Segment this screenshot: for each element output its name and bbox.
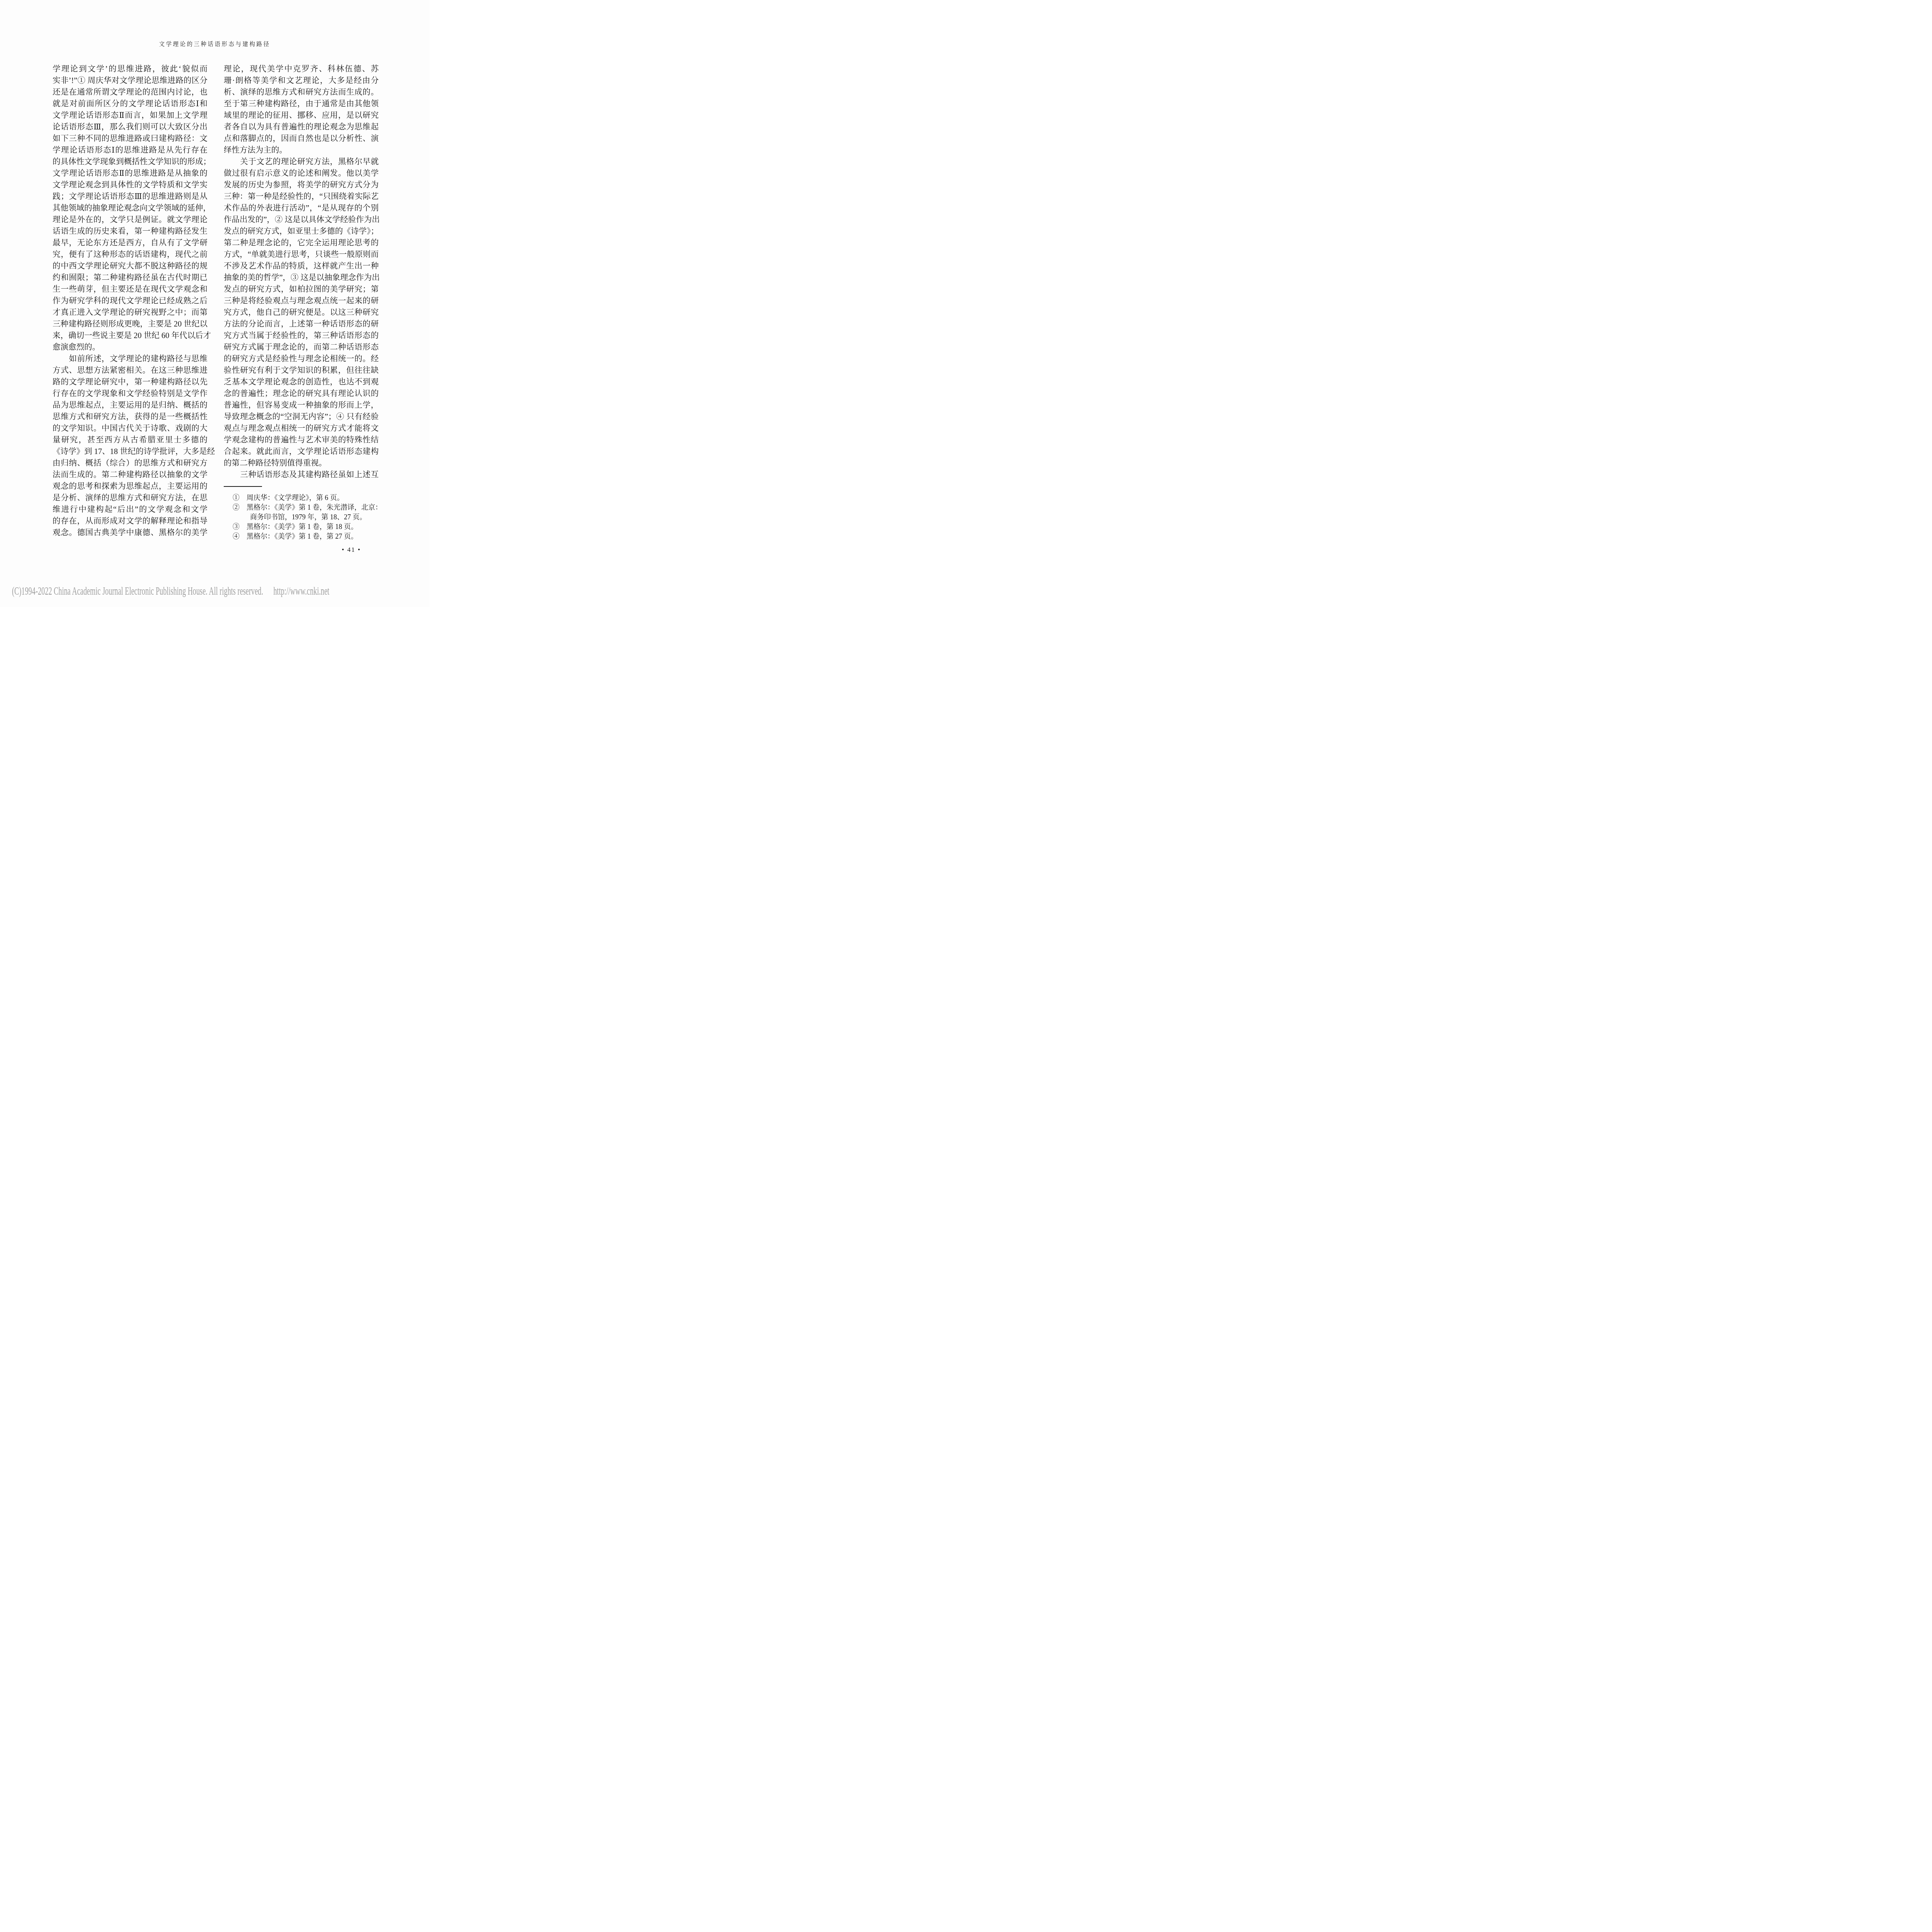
text-line: 关于文艺的理论研究方法，黑格尔早就 <box>224 156 379 168</box>
text-line: 发展的历史为参照，将美学的研究方式分为 <box>224 179 379 191</box>
footnote-line: ② 黑格尔：《美学》第 1 卷，朱光潜译，北京： <box>224 503 379 512</box>
text-line: 三种：第一种是经验性的，“只围绕着实际艺 <box>224 191 379 202</box>
footnote-line: 商务印书馆，1979 年，第 18、27 页。 <box>224 512 379 522</box>
text-line: 行存在的文学现象和文学经验特别是文学作 <box>53 388 207 400</box>
text-line: 方式，“单就美进行思考，只谈些一般原则而 <box>224 249 379 260</box>
text-line: 做过很有启示意义的论述和阐发。他以美学 <box>224 168 379 179</box>
text-line: 验性研究有利于文学知识的积累，但往往缺 <box>224 365 379 376</box>
text-line: 三种建构路径则形成更晚，主要是 20 世纪以 <box>53 318 207 330</box>
text-line: 还是在通常所谓文学理论的范围内讨论，也 <box>53 87 207 98</box>
text-line: 思维方式和研究方法，获得的是一些概括性 <box>53 411 207 423</box>
text-line: 点和落脚点的，因而自然也是以分析性、演 <box>224 133 379 145</box>
text-line: 绎性方法为主的。 <box>224 145 379 156</box>
text-line: 导致理念概念的“空洞无内容”；④ 只有经验 <box>224 411 379 423</box>
footer-text: (C)1994-2022 China Academic Journal Elec… <box>12 585 329 598</box>
text-line: 普遍性，但容易变成一种抽象的形而上学， <box>224 400 379 411</box>
text-line: 法而生成的。第二种建构路径以抽象的文学 <box>53 469 207 481</box>
text-line: 的存在，从而形成对文学的解释理论和指导 <box>53 515 207 527</box>
text-line: 域里的理论的征用、挪移、应用，是以研究 <box>224 110 379 121</box>
text-line: 话语生成的历史来看，第一种建构路径发生 <box>53 226 207 237</box>
text-line: 珊·朗格等美学和文艺理论，大多是经由分 <box>224 75 379 87</box>
text-line: 究方式当属于经验性的，第三种话语形态的 <box>224 330 379 342</box>
text-line: 路的文学理论研究中，第一种建构路径以先 <box>53 376 207 388</box>
text-line: 文学理论话语形态Ⅱ而言，如果加上文学理 <box>53 110 207 121</box>
footnote-line: ③ 黑格尔：《美学》第 1 卷，第 18 页。 <box>224 522 379 532</box>
text-line: 来，确切一些说主要是 20 世纪 60 年代以后才 <box>53 330 207 342</box>
text-line: 维进行中建构起“后出”的文学观念和文学 <box>53 504 207 515</box>
text-line: 念的普遍性；理念论的研究具有理论认识的 <box>224 388 379 400</box>
text-line: 发点的研究方式，如亚里士多德的《诗学》； <box>224 226 379 237</box>
text-line: 由归纳、概括（综合）的思维方式和研究方 <box>53 457 207 469</box>
footer-url[interactable]: http://www.cnki.net <box>273 585 329 598</box>
page-number: • 41 • <box>224 546 379 554</box>
text-line: 方法的分论而言，上述第一种话语形态的研 <box>224 318 379 330</box>
text-line: 至于第三种建构路径，由于通常是由其他领 <box>224 98 379 110</box>
footnote-line: ④ 黑格尔：《美学》第 1 卷，第 27 页。 <box>224 532 379 541</box>
footnote-separator <box>224 486 262 487</box>
text-line: 量研究，甚至西方从古希腊亚里士多德的 <box>53 434 207 446</box>
text-line: 术作品的外表进行活动”，“是从现存的个别 <box>224 202 379 214</box>
text-line: 生一些萌芽，但主要还是在现代文学观念和 <box>53 284 207 295</box>
footer-copyright: (C)1994-2022 China Academic Journal Elec… <box>12 585 263 598</box>
text-line: 最早，无论东方还是西方，自从有了文学研 <box>53 237 207 249</box>
text-line: 抽象的美的哲学”，③ 这是以抽象理念作为出 <box>224 272 379 284</box>
text-line: 论话语形态Ⅲ，那么我们则可以大致区分出 <box>53 121 207 133</box>
text-line: 约和囿限；第二种建构路径虽在古代时期已 <box>53 272 207 284</box>
text-line: 作品出发的”，② 这是以具体文学经验作为出 <box>224 214 379 226</box>
text-line: 文学理论观念到具体性的文学特质和文学实 <box>53 179 207 191</box>
text-line: 的第二种路径特别值得重视。 <box>224 457 379 469</box>
text-line: 乏基本文学理论观念的创造性，也达不到观 <box>224 376 379 388</box>
right-column: 理论，现代美学中克罗齐、科林伍德、苏珊·朗格等美学和文艺理论，大多是经由分析、演… <box>224 63 379 554</box>
text-line: 三种是将经验观点与理念观点统一起来的研 <box>224 295 379 307</box>
text-line: 如下三种不同的思维进路或曰建构路径：文 <box>53 133 207 145</box>
text-line: 理论，现代美学中克罗齐、科林伍德、苏 <box>224 63 379 75</box>
text-line: 如前所述，文学理论的建构路径与思维 <box>53 353 207 365</box>
text-line: 学观念建构的普遍性与艺术审美的特殊性结 <box>224 434 379 446</box>
document-page: 文学理论的三种话语形态与建构路径 学理论到文学’的思维进路，彼此‘貌似而实非’!… <box>0 0 429 607</box>
right-column-text: 理论，现代美学中克罗齐、科林伍德、苏珊·朗格等美学和文艺理论，大多是经由分析、演… <box>224 63 379 481</box>
text-line: 践；文学理论话语形态Ⅲ的思维进路则是从 <box>53 191 207 202</box>
text-line: 的文学知识。中国古代关于诗歌、戏剧的大 <box>53 423 207 434</box>
footnotes: ① 周庆华：《文学理论》，第 6 页。② 黑格尔：《美学》第 1 卷，朱光潜译，… <box>224 493 379 541</box>
text-line: 观点与理念观点相统一的研究方式才能将文 <box>224 423 379 434</box>
text-line: 观念。德国古典美学中康德、黑格尔的美学 <box>53 527 207 539</box>
text-line: 愈演愈烈的。 <box>53 342 207 353</box>
text-line: 者各自以为具有普遍性的理论观念为思维起 <box>224 121 379 133</box>
text-line: 三种话语形态及其建构路径虽如上述互 <box>224 469 379 481</box>
text-line: 第二种是理念论的，它完全运用理论思考的 <box>224 237 379 249</box>
text-line: 学理论到文学’的思维进路，彼此‘貌似而 <box>53 63 207 75</box>
body-columns: 学理论到文学’的思维进路，彼此‘貌似而实非’!”① 周庆华对文学理论思维进路的区… <box>53 63 379 554</box>
text-line: 是分析、演绎的思维方式和研究方法，在思 <box>53 492 207 504</box>
footer: (C)1994-2022 China Academic Journal Elec… <box>12 585 429 598</box>
text-line: 的具体性文学现象到概括性文学知识的形成； <box>53 156 207 168</box>
text-line: 的研究方式是经验性与理念论相统一的。经 <box>224 353 379 365</box>
text-line: 方式、思想方法紧密相关。在这三种思维进 <box>53 365 207 376</box>
text-line: 学理论话语形态Ⅰ的思维进路是从先行存在 <box>53 145 207 156</box>
text-line: 不涉及艺术作品的特质，这样就产生出一种 <box>224 260 379 272</box>
left-column: 学理论到文学’的思维进路，彼此‘貌似而实非’!”① 周庆华对文学理论思维进路的区… <box>53 63 207 554</box>
text-line: 就是对前面所区分的文学理论话语形态Ⅰ和 <box>53 98 207 110</box>
text-line: 作为研究学科的现代文学理论已经成熟之后 <box>53 295 207 307</box>
text-line: 文学理论话语形态Ⅱ的思维进路是从抽象的 <box>53 168 207 179</box>
text-line: 观念的思考和探索为思维起点，主要运用的 <box>53 481 207 492</box>
text-line: 合起来。就此而言，文学理论话语形态建构 <box>224 446 379 457</box>
text-line: 发点的研究方式，如柏拉图的美学研究；第 <box>224 284 379 295</box>
text-line: 研究方式属于理念论的，而第二种话语形态 <box>224 342 379 353</box>
text-line: 其他领域的抽象理论观念向文学领域的延伸， <box>53 202 207 214</box>
text-line: 品为思维起点，主要运用的是归纳、概括的 <box>53 400 207 411</box>
text-line: 实非’!”① 周庆华对文学理论思维进路的区分 <box>53 75 207 87</box>
text-line: 理论是外在的，文学只是例证。就文学理论 <box>53 214 207 226</box>
footnote-line: ① 周庆华：《文学理论》，第 6 页。 <box>224 493 379 503</box>
text-line: 《诗学》到 17、18 世纪的诗学批评，大多是经 <box>53 446 207 457</box>
text-line: 析、演绎的思维方式和研究方法而生成的。 <box>224 87 379 98</box>
text-line: 的中西文学理论研究大都不脱这种路径的规 <box>53 260 207 272</box>
running-title: 文学理论的三种话语形态与建构路径 <box>0 40 429 48</box>
text-line: 究方式，他自己的研究便是。以这三种研究 <box>224 307 379 318</box>
text-line: 究，便有了这种形态的话语建构，现代之前 <box>53 249 207 260</box>
text-line: 才真正进入文学理论的研究视野之中；而第 <box>53 307 207 318</box>
